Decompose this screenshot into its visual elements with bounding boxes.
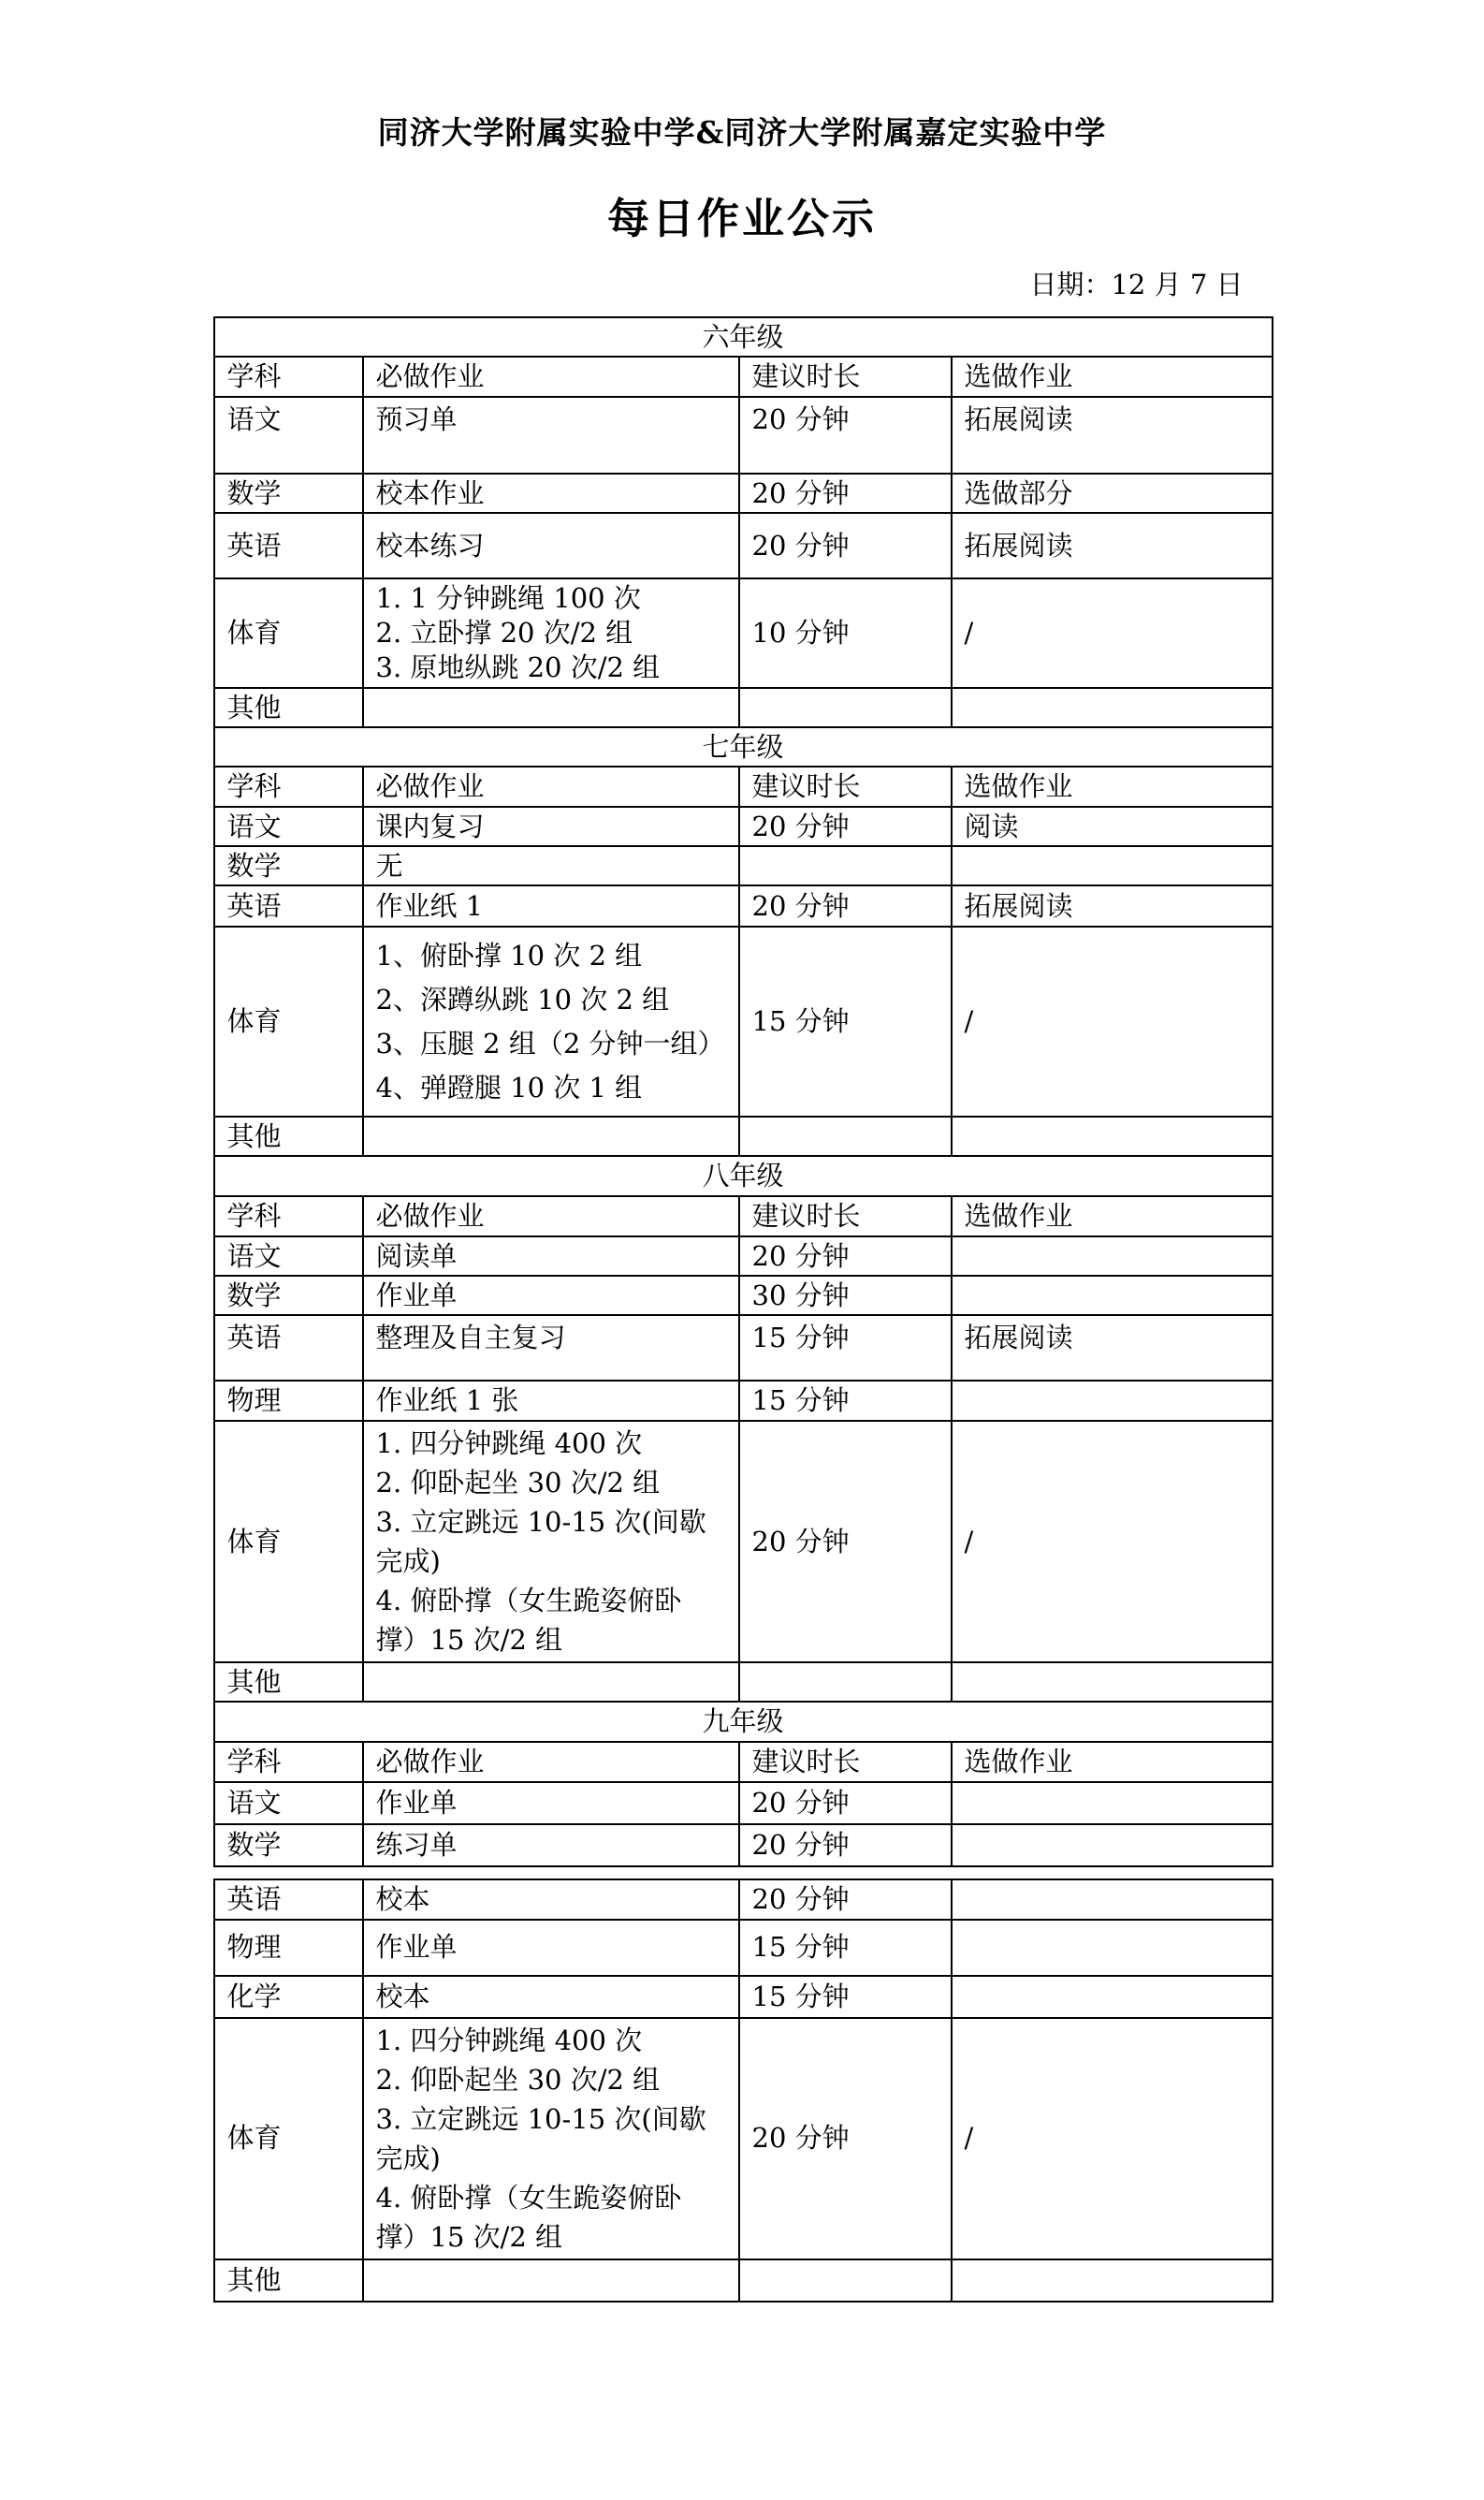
- grade-header-row: 七年级: [214, 727, 1273, 767]
- subject-cell: 数学: [214, 474, 363, 513]
- table-row: 数学 练习单 20 分钟: [214, 1824, 1273, 1866]
- duration-cell: 15 分钟: [739, 1920, 952, 1976]
- subject-cell: 物理: [214, 1381, 363, 1421]
- grade-name: 九年级: [214, 1702, 1273, 1741]
- required-homework-cell: 练习单: [363, 1824, 739, 1866]
- page-title: 每日作业公示: [213, 184, 1272, 245]
- column-header-row: 学科 必做作业 建议时长 选做作业: [214, 357, 1273, 396]
- table-row: 语文 课内复习 20 分钟 阅读: [214, 807, 1273, 846]
- subject-cell: 英语: [214, 513, 363, 578]
- column-header-row: 学科 必做作业 建议时长 选做作业: [214, 1742, 1273, 1782]
- required-homework-cell: [363, 1117, 739, 1156]
- optional-homework-cell: [952, 1782, 1273, 1824]
- optional-homework-cell: /: [952, 578, 1273, 688]
- table-row: 语文 作业单 20 分钟: [214, 1782, 1273, 1824]
- table-row: 体育 1. 1 分钟跳绳 100 次 2. 立卧撑 20 次/2 组 3. 原地…: [214, 578, 1273, 688]
- required-homework-cell: 1. 四分钟跳绳 400 次 2. 仰卧起坐 30 次/2 组 3. 立定跳远 …: [363, 2018, 739, 2259]
- document-page: 同济大学附属实验中学&同济大学附属嘉定实验中学 每日作业公示 日期：12 月 7…: [213, 109, 1272, 2303]
- duration-cell: 20 分钟: [739, 2018, 952, 2259]
- required-homework-cell: 作业单: [363, 1782, 739, 1824]
- required-homework-cell: [363, 2259, 739, 2302]
- duration-cell: 15 分钟: [739, 1315, 952, 1381]
- subject-cell: 其他: [214, 1117, 363, 1156]
- optional-homework-cell: [952, 1117, 1273, 1156]
- subject-cell: 体育: [214, 1421, 363, 1662]
- required-homework-cell: 校本: [363, 1976, 739, 2018]
- optional-homework-cell: [952, 1662, 1273, 1702]
- column-header-subject: 学科: [214, 1742, 363, 1782]
- table-row: 英语 作业纸 1 20 分钟 拓展阅读: [214, 885, 1273, 927]
- optional-homework-cell: [952, 1381, 1273, 1421]
- column-header-subject: 学科: [214, 1196, 363, 1236]
- subject-cell: 其他: [214, 688, 363, 727]
- subject-cell: 语文: [214, 807, 363, 846]
- optional-homework-cell: 选做部分: [952, 474, 1273, 513]
- subject-cell: 英语: [214, 1315, 363, 1381]
- optional-homework-cell: [952, 2259, 1273, 2302]
- duration-cell: [739, 846, 952, 885]
- subject-cell: 数学: [214, 1824, 363, 1866]
- subject-cell: 数学: [214, 846, 363, 885]
- optional-homework-cell: [952, 1920, 1273, 1976]
- column-header-required: 必做作业: [363, 767, 739, 806]
- table-row: 英语 校本 20 分钟: [214, 1879, 1273, 1920]
- table-row: 物理 作业单 15 分钟: [214, 1920, 1273, 1976]
- subject-cell: 其他: [214, 2259, 363, 2302]
- subject-cell: 物理: [214, 1920, 363, 1976]
- duration-cell: 20 分钟: [739, 1421, 952, 1662]
- subject-cell: 其他: [214, 1662, 363, 1702]
- subject-cell: 体育: [214, 927, 363, 1117]
- column-header-required: 必做作业: [363, 357, 739, 396]
- required-homework-cell: 阅读单: [363, 1236, 739, 1276]
- duration-cell: 20 分钟: [739, 474, 952, 513]
- column-header-subject: 学科: [214, 357, 363, 396]
- optional-homework-cell: 拓展阅读: [952, 885, 1273, 927]
- grade-header-row: 九年级: [214, 1702, 1273, 1741]
- subject-cell: 语文: [214, 397, 363, 474]
- optional-homework-cell: [952, 1976, 1273, 2018]
- column-header-optional: 选做作业: [952, 1742, 1273, 1782]
- subject-cell: 语文: [214, 1236, 363, 1276]
- table-row: 体育 1、俯卧撑 10 次 2 组 2、深蹲纵跳 10 次 2 组 3、压腿 2…: [214, 927, 1273, 1117]
- optional-homework-cell: [952, 1236, 1273, 1276]
- optional-homework-cell: 拓展阅读: [952, 397, 1273, 474]
- table-row: 其他: [214, 2259, 1273, 2302]
- table-row: 语文 预习单 20 分钟 拓展阅读: [214, 397, 1273, 474]
- optional-homework-cell: 阅读: [952, 807, 1273, 846]
- required-homework-cell: 校本: [363, 1879, 739, 1920]
- subject-cell: 体育: [214, 2018, 363, 2259]
- grade-name: 七年级: [214, 727, 1273, 767]
- optional-homework-cell: [952, 1824, 1273, 1866]
- required-homework-cell: 校本作业: [363, 474, 739, 513]
- duration-cell: [739, 688, 952, 727]
- optional-homework-cell: /: [952, 2018, 1273, 2259]
- table-row: 数学 作业单 30 分钟: [214, 1276, 1273, 1315]
- duration-cell: 20 分钟: [739, 1782, 952, 1824]
- homework-table-grade9-continued: 英语 校本 20 分钟 物理 作业单 15 分钟 化学 校本 15 分钟 体育: [213, 1879, 1273, 2303]
- column-header-optional: 选做作业: [952, 357, 1273, 396]
- table-row: 数学 无: [214, 846, 1273, 885]
- column-header-subject: 学科: [214, 767, 363, 806]
- required-homework-cell: 整理及自主复习: [363, 1315, 739, 1381]
- required-homework-cell: 无: [363, 846, 739, 885]
- required-homework-cell: 1. 四分钟跳绳 400 次 2. 仰卧起坐 30 次/2 组 3. 立定跳远 …: [363, 1421, 739, 1662]
- duration-cell: 20 分钟: [739, 807, 952, 846]
- duration-cell: [739, 1117, 952, 1156]
- duration-cell: 15 分钟: [739, 1381, 952, 1421]
- required-homework-cell: 作业纸 1: [363, 885, 739, 927]
- optional-homework-cell: 拓展阅读: [952, 513, 1273, 578]
- table-row: 其他: [214, 1117, 1273, 1156]
- table-row: 语文 阅读单 20 分钟: [214, 1236, 1273, 1276]
- table-row: 英语 整理及自主复习 15 分钟 拓展阅读: [214, 1315, 1273, 1381]
- required-homework-cell: [363, 688, 739, 727]
- duration-cell: 15 分钟: [739, 1976, 952, 2018]
- optional-homework-cell: /: [952, 1421, 1273, 1662]
- grade-header-row: 六年级: [214, 317, 1273, 357]
- optional-homework-cell: [952, 1879, 1273, 1920]
- table-row: 物理 作业纸 1 张 15 分钟: [214, 1381, 1273, 1421]
- duration-cell: 20 分钟: [739, 1236, 952, 1276]
- table-row: 其他: [214, 688, 1273, 727]
- duration-cell: 20 分钟: [739, 397, 952, 474]
- column-header-required: 必做作业: [363, 1742, 739, 1782]
- duration-cell: [739, 1662, 952, 1702]
- column-header-duration: 建议时长: [739, 1742, 952, 1782]
- subject-cell: 语文: [214, 1782, 363, 1824]
- grade-name: 六年级: [214, 317, 1273, 357]
- column-header-row: 学科 必做作业 建议时长 选做作业: [214, 767, 1273, 806]
- required-homework-cell: 1、俯卧撑 10 次 2 组 2、深蹲纵跳 10 次 2 组 3、压腿 2 组（…: [363, 927, 739, 1117]
- optional-homework-cell: /: [952, 927, 1273, 1117]
- duration-cell: 20 分钟: [739, 1879, 952, 1920]
- subject-cell: 数学: [214, 1276, 363, 1315]
- subject-cell: 体育: [214, 578, 363, 688]
- duration-cell: 20 分钟: [739, 885, 952, 927]
- duration-cell: 20 分钟: [739, 513, 952, 578]
- required-homework-cell: 作业纸 1 张: [363, 1381, 739, 1421]
- subject-cell: 化学: [214, 1976, 363, 2018]
- grade-name: 八年级: [214, 1156, 1273, 1195]
- column-header-required: 必做作业: [363, 1196, 739, 1236]
- required-homework-cell: 校本练习: [363, 513, 739, 578]
- required-homework-cell: 1. 1 分钟跳绳 100 次 2. 立卧撑 20 次/2 组 3. 原地纵跳 …: [363, 578, 739, 688]
- school-names: 同济大学附属实验中学&同济大学附属嘉定实验中学: [213, 109, 1272, 153]
- optional-homework-cell: [952, 688, 1273, 727]
- homework-table-main: 六年级 学科 必做作业 建议时长 选做作业 语文 预习单 20 分钟 拓展阅读 …: [213, 316, 1273, 1867]
- table-row: 化学 校本 15 分钟: [214, 1976, 1273, 2018]
- table-row: 数学 校本作业 20 分钟 选做部分: [214, 474, 1273, 513]
- optional-homework-cell: [952, 1276, 1273, 1315]
- duration-cell: 20 分钟: [739, 1824, 952, 1866]
- table-row: 体育 1. 四分钟跳绳 400 次 2. 仰卧起坐 30 次/2 组 3. 立定…: [214, 2018, 1273, 2259]
- subject-cell: 英语: [214, 1879, 363, 1920]
- table-row: 其他: [214, 1662, 1273, 1702]
- column-header-duration: 建议时长: [739, 767, 952, 806]
- column-header-row: 学科 必做作业 建议时长 选做作业: [214, 1196, 1273, 1236]
- required-homework-cell: 作业单: [363, 1920, 739, 1976]
- duration-cell: 15 分钟: [739, 927, 952, 1117]
- column-header-optional: 选做作业: [952, 767, 1273, 806]
- column-header-duration: 建议时长: [739, 357, 952, 396]
- grade-header-row: 八年级: [214, 1156, 1273, 1195]
- duration-cell: 10 分钟: [739, 578, 952, 688]
- subject-cell: 英语: [214, 885, 363, 927]
- column-header-duration: 建议时长: [739, 1196, 952, 1236]
- duration-cell: [739, 2259, 952, 2302]
- table-row: 英语 校本练习 20 分钟 拓展阅读: [214, 513, 1273, 578]
- required-homework-cell: 课内复习: [363, 807, 739, 846]
- column-header-optional: 选做作业: [952, 1196, 1273, 1236]
- required-homework-cell: 预习单: [363, 397, 739, 474]
- optional-homework-cell: [952, 846, 1273, 885]
- table-row: 体育 1. 四分钟跳绳 400 次 2. 仰卧起坐 30 次/2 组 3. 立定…: [214, 1421, 1273, 1662]
- date-label: 日期：12 月 7 日: [213, 264, 1272, 302]
- optional-homework-cell: 拓展阅读: [952, 1315, 1273, 1381]
- duration-cell: 30 分钟: [739, 1276, 952, 1315]
- required-homework-cell: 作业单: [363, 1276, 739, 1315]
- required-homework-cell: [363, 1662, 739, 1702]
